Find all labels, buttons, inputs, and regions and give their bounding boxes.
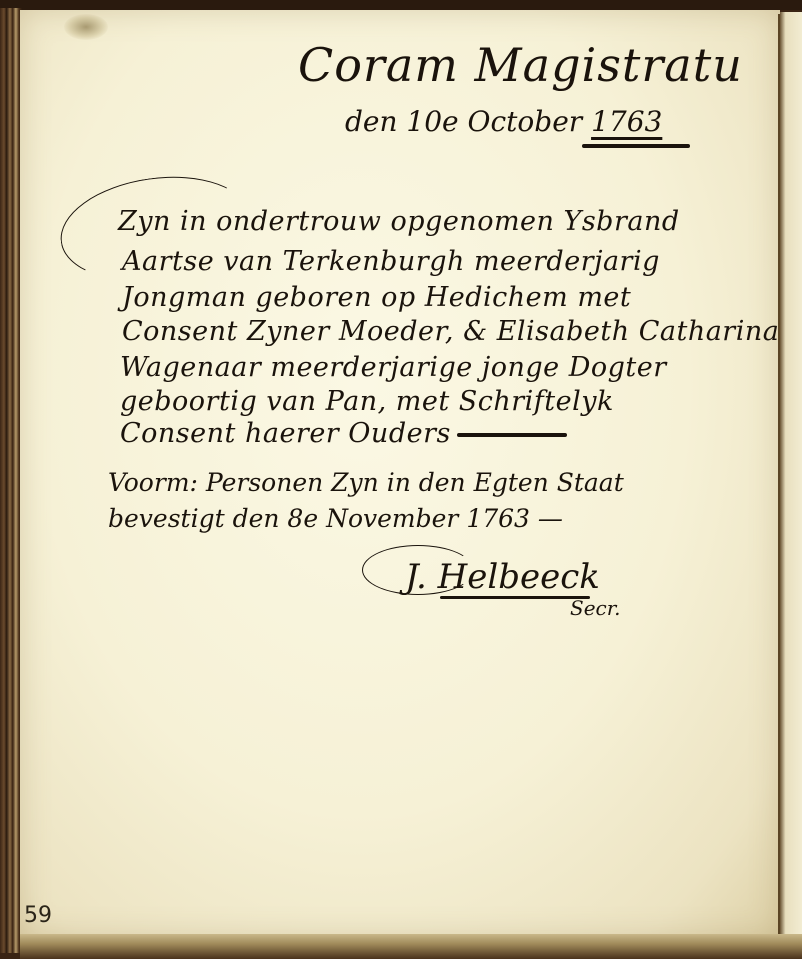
- body-line-last: Consent haerer Ouders: [120, 420, 567, 447]
- next-page-edge: [780, 12, 802, 947]
- signature: J. Helbeeck: [405, 560, 600, 594]
- body-line: Consent haerer Ouders: [120, 418, 451, 449]
- confirmation-line: bevestigt den 8e November 1763 —: [108, 506, 563, 531]
- page-number: 59: [24, 903, 52, 928]
- body-line: geboortig van Pan, met Schriftelyk: [120, 388, 614, 415]
- heading-year: 1763: [591, 105, 662, 138]
- paper-stain: [64, 14, 108, 40]
- year-underline: [582, 144, 690, 148]
- heading-line-1: Coram Magistratu: [298, 42, 743, 88]
- signature-title: Secr.: [570, 598, 620, 618]
- body-line: Jongman geboren op Hedichem met: [122, 284, 631, 311]
- book-binding: [0, 8, 22, 953]
- signature-underline: [440, 596, 590, 599]
- book-top-edge: [0, 0, 802, 10]
- body-line: Consent Zyner Moeder, & Elisabeth Cathar…: [122, 318, 779, 345]
- closing-dash: [457, 433, 567, 437]
- heading-line-2: den 10e October 1763: [345, 108, 662, 136]
- body-line: Zyn in ondertrouw opgenomen Ysbrand: [118, 208, 680, 235]
- confirmation-line: Voorm: Personen Zyn in den Egten Staat: [108, 470, 624, 495]
- book-bottom-edge: [20, 934, 802, 959]
- heading-date: den 10e October: [345, 105, 582, 138]
- body-line: Aartse van Terkenburgh meerderjarig: [122, 248, 660, 275]
- body-line: Wagenaar meerderjarige jonge Dogter: [120, 354, 667, 381]
- scanned-page: Coram Magistratu den 10e October 1763 Zy…: [0, 0, 802, 959]
